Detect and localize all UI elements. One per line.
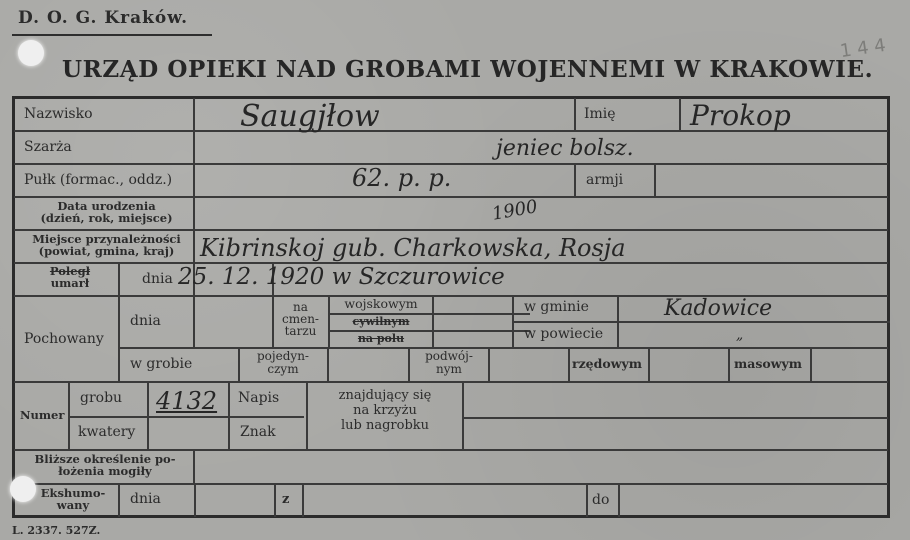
row-divider xyxy=(118,347,888,349)
office-code: D. O. G. Kraków. xyxy=(18,8,188,28)
first-name-value[interactable]: Prokop xyxy=(690,102,791,130)
punch-hole xyxy=(18,40,44,66)
first-name-label: Imię xyxy=(584,107,616,121)
col-divider xyxy=(327,348,329,381)
mass-grave-label: masowym xyxy=(734,358,802,371)
double-grave-label-1: podwój- xyxy=(410,350,488,362)
col-divider xyxy=(302,484,304,517)
row-divider xyxy=(512,321,890,323)
row-divider xyxy=(14,229,888,231)
exhumed-day-label: dnia xyxy=(130,492,161,506)
row-divider xyxy=(464,417,888,419)
col-divider xyxy=(679,98,681,131)
cemetery-civil-option-struck: cywilnym xyxy=(330,316,432,327)
birth-date-label-line2: (dzień, rok, miejsce) xyxy=(24,213,189,225)
home-place-label-line2: (powiat, gmina, kraj) xyxy=(24,246,189,258)
col-divider xyxy=(618,484,620,517)
corner-mark: 1 4 4 xyxy=(839,35,887,62)
row-divider xyxy=(14,483,888,485)
grave-number-label: grobu xyxy=(80,391,122,405)
print-code: L. 2337. 527Z. xyxy=(12,524,100,537)
location-detail-label-2: łożenia mogiły xyxy=(20,466,190,478)
col-divider xyxy=(194,484,196,517)
col-divider xyxy=(728,348,730,381)
col-divider xyxy=(568,348,570,381)
col-divider xyxy=(193,98,195,264)
located-label-3: lub nagrobku xyxy=(308,419,462,432)
row-divider xyxy=(14,449,888,451)
grave-type-label: w grobie xyxy=(130,357,192,371)
col-divider xyxy=(432,296,434,347)
header-underline xyxy=(12,34,212,36)
district-value[interactable]: „ xyxy=(736,328,743,342)
burial-day-label: dnia xyxy=(130,314,161,328)
cemetery-field-option-struck: na polu xyxy=(330,333,432,344)
row-divider xyxy=(14,163,888,165)
cemetery-label-3: tarzu xyxy=(273,325,328,337)
died-label: umarł xyxy=(24,278,116,290)
row-divider xyxy=(228,416,304,418)
exhumed-from-label: z xyxy=(282,493,289,506)
col-divider xyxy=(574,164,576,196)
row-divider xyxy=(14,381,888,383)
col-divider xyxy=(462,382,464,449)
rank-label: Szarża xyxy=(24,140,72,154)
grave-number-value[interactable]: 4132 xyxy=(156,389,217,413)
located-label-2: na krzyżu xyxy=(308,404,462,417)
home-place-value[interactable]: Kibrinskoj gub. Charkowska, Rosja xyxy=(200,236,626,260)
col-divider xyxy=(512,296,514,347)
regiment-value[interactable]: 62. p. p. xyxy=(352,166,451,190)
col-divider xyxy=(488,348,490,381)
col-divider xyxy=(147,382,149,449)
buried-label: Pochowany xyxy=(24,332,104,346)
col-divider xyxy=(118,263,120,381)
col-divider xyxy=(586,484,588,517)
sign-label: Znak xyxy=(240,425,276,439)
army-label: armji xyxy=(586,173,623,187)
row-divider xyxy=(14,196,888,198)
col-divider xyxy=(574,98,576,131)
row-grave-label: rzędowym xyxy=(572,358,642,371)
exhumed-to-label: do xyxy=(592,493,609,507)
col-divider xyxy=(228,382,230,449)
quarter-label: kwatery xyxy=(78,425,135,439)
col-divider xyxy=(193,450,195,484)
col-divider xyxy=(648,348,650,381)
exhumed-label-2: wany xyxy=(30,500,116,512)
double-grave-label-2: nym xyxy=(410,363,488,375)
single-grave-label-1: pojedyn- xyxy=(240,350,326,362)
single-grave-label-2: czym xyxy=(240,363,326,375)
number-label: Numer xyxy=(20,410,64,422)
death-value[interactable]: 25. 12. 1920 w Szczurowice xyxy=(178,266,505,289)
surname-label: Nazwisko xyxy=(24,107,93,121)
col-divider xyxy=(654,164,656,196)
col-divider xyxy=(68,382,70,449)
surname-value[interactable]: Saugjłow xyxy=(240,102,380,132)
regiment-label: Pułk (formac., oddz.) xyxy=(24,173,172,187)
death-day-label: dnia xyxy=(142,272,173,286)
form-title: URZĄD OPIEKI NAD GROBAMI WOJENNEMI W KRA… xyxy=(62,56,873,83)
col-divider xyxy=(617,296,619,347)
commune-label: w gminie xyxy=(524,300,589,314)
rank-value[interactable]: jeniec bolsz. xyxy=(496,138,634,160)
inscription-label: Napis xyxy=(238,391,279,405)
col-divider xyxy=(118,484,120,517)
col-divider xyxy=(810,348,812,381)
cemetery-military-option: wojskowym xyxy=(330,298,432,311)
col-divider xyxy=(274,484,276,517)
district-label: w powiecie xyxy=(524,327,603,341)
commune-value[interactable]: Kadowice xyxy=(664,298,772,320)
located-label-1: znajdujący się xyxy=(308,389,462,402)
